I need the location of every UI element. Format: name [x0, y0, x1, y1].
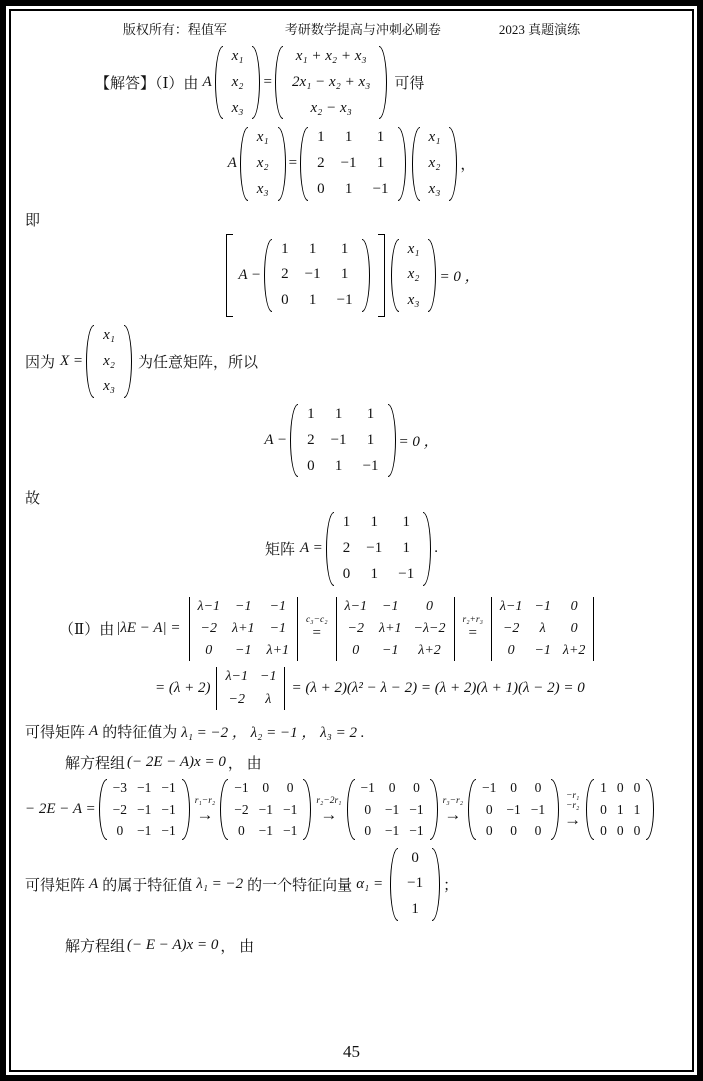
text-because: 因为 [25, 351, 55, 372]
paren-left [391, 239, 399, 312]
paren-right [388, 404, 396, 477]
r2-cells: −1000−1−10−1−1 [356, 777, 429, 842]
row-op-arrow-1: r₁−r₂ → [195, 797, 215, 822]
matrix-r3: −1000−1−1000 [468, 777, 559, 842]
paren-right [423, 512, 431, 585]
row-op-arrow-2: r₂−2r₁ → [316, 797, 341, 822]
matrix-r0: −3−1−1−2−1−10−1−1 [99, 777, 190, 842]
matrix-alpha1-vector: 0−11 [390, 846, 440, 923]
equals-sign: = [289, 155, 297, 172]
var-X-equals: X = [60, 353, 83, 370]
text-by: ， 由 [220, 935, 254, 956]
matrix-x-vector: x₁x₂x₃ [86, 323, 132, 400]
equals-sign: = [313, 626, 321, 641]
text-arbitrary-matrix: 为任意矩阵，所以 [138, 351, 258, 372]
eigenvalue-1: λ₁ = −2 [196, 876, 243, 893]
equation-2: A x₁x₂x₃ = 1112−1101−1 x₁x₂x₃ ， [25, 125, 678, 202]
paren-left [586, 779, 594, 840]
bracket-group: A − 1112−1101−1 [226, 232, 384, 319]
text-eigenvalues-are: 的特征值为 [102, 721, 177, 742]
chain-lead: − 2E − A = [25, 801, 96, 818]
det-bar-left [336, 597, 337, 662]
paren-right [278, 127, 286, 200]
det-bar-left [491, 597, 492, 662]
page-number: 45 [11, 1042, 692, 1062]
system-1-expr: (− 2E − A)x = 0 [127, 754, 226, 771]
x-vector-cells: x₁x₂x₃ [249, 125, 277, 202]
paren-right [124, 325, 132, 398]
eigenvalue-list: λ₁ = −2 ， λ₂ = −1 ， λ₃ = 2 . [181, 721, 364, 742]
rhs-vector-cells: x₁ + x₂ + x₃2x₁ − x₂ + x₃x₂ − x₃ [284, 44, 378, 121]
text-kede-matrix: 可得矩阵 [25, 874, 85, 895]
A-matrix-cells: 1112−1101−1 [273, 237, 360, 314]
expr-A-minus: A − [264, 432, 287, 449]
paren-right [252, 46, 260, 119]
text-ji: 即 [25, 209, 678, 230]
determinant-2x2: λ−1−1−2λ [213, 666, 288, 711]
matrix-x-vector: x₁x₂x₃ [412, 125, 458, 202]
eigenvector-1-line: 可得矩阵 A 的属于特征值 λ₁ = −2 的一个特征向量 α₁ = 0−11 … [25, 846, 678, 923]
determinant-3: λ−1−10−2λ00−1λ+2 [488, 596, 597, 663]
alpha1-equals: α₁ = [356, 876, 383, 893]
document-page: 版权所有：程值军 考研数学提高与冲刺必刷卷 2023 真题演练 【解答】（Ⅰ）由… [0, 0, 703, 1081]
det-bar-left [216, 667, 217, 710]
r4-cells: 100011000 [595, 777, 645, 842]
text-by: ， 由 [228, 752, 262, 773]
paren-left [264, 239, 272, 312]
x-vector-cells: x₁x₂x₃ [95, 323, 123, 400]
header-title: 考研数学提高与冲刺必刷卷 [285, 19, 441, 38]
paren-right [303, 779, 311, 840]
var-A: A [228, 155, 237, 172]
solution-line-1: 【解答】（Ⅰ）由 A x₁x₂x₃ = x₁ + x₂ + x₃2x₁ − x₂… [25, 44, 678, 121]
paren-left [412, 127, 420, 200]
paren-left [275, 46, 283, 119]
equals-sign: = [468, 626, 476, 641]
solution-label: 【解答】（Ⅰ）由 [95, 72, 198, 93]
det2-cells: λ−1−10−2λ+1−λ−20−1λ+2 [339, 596, 452, 663]
paren-left [347, 779, 355, 840]
paren-left [300, 127, 308, 200]
matrix-x-vector: x₁x₂x₃ [240, 125, 286, 202]
determinant-1: λ−1−1−1−2λ+1−10−1λ+1 [186, 596, 302, 663]
matrix-x-vector: x₁x₂x₃ [391, 237, 437, 314]
row-op-arrow-4: −r₁ −r₂ → [564, 792, 581, 827]
factor-result: = (λ + 2)(λ² − λ − 2) = (λ + 2)(λ + 1)(λ… [291, 680, 584, 697]
bracket-right [378, 234, 385, 317]
period: . [434, 540, 438, 557]
system-2-expr: (− E − A)x = 0 [127, 937, 218, 954]
det4-cells: λ−1−1−2λ [219, 666, 282, 711]
header-copyright: 版权所有：程值军 [123, 19, 227, 38]
factorization-line: = (λ + 2) λ−1−1−2λ = (λ + 2)(λ² − λ − 2)… [25, 666, 678, 711]
paren-left [290, 404, 298, 477]
x-vector-cells: x₁x₂x₃ [224, 44, 252, 121]
det-bar-right [297, 597, 298, 662]
det1-cells: λ−1−1−1−2λ+1−10−1λ+1 [192, 596, 296, 663]
text-belongs-to-eigenvalue: 的属于特征值 [102, 874, 192, 895]
bracket-left [226, 234, 233, 317]
part2-label: （Ⅱ）由 [59, 618, 114, 639]
row-op-arrow-3: r₃−r₂ → [443, 797, 463, 822]
det3-cells: λ−1−10−2λ00−1λ+2 [494, 596, 591, 663]
solve-system-1-line: 解方程组 (− 2E − A)x = 0 ， 由 [25, 752, 678, 773]
det-bar-right [454, 597, 455, 662]
equation-8: 矩阵 A = 1112−1101−1 . [25, 510, 678, 587]
bracket-content: A − 1112−1101−1 [235, 232, 375, 319]
determinant-2: λ−1−10−2λ+1−λ−20−1λ+2 [333, 596, 458, 663]
expr-A-minus: A − [238, 267, 261, 284]
char-poly-lhs: |λE − A| = [116, 620, 180, 637]
paren-left [326, 512, 334, 585]
matrix-A-values: 1112−1101−1 [326, 510, 431, 587]
equation-6: A − 1112−1101−1 = 0 ， [25, 402, 678, 479]
paren-right [551, 779, 559, 840]
paren-right [428, 239, 436, 312]
equation-4: A − 1112−1101−1 x₁x₂x₃ = 0 ， [25, 232, 678, 319]
text-solve-system: 解方程组 [65, 752, 125, 773]
equals-zero: = 0 ， [439, 265, 479, 286]
page-header: 版权所有：程值军 考研数学提高与冲刺必刷卷 2023 真题演练 [25, 19, 678, 38]
labeled-equals-c3-c2: c₃−c₂ = [306, 616, 327, 641]
det-bar-right [284, 667, 285, 710]
paren-left [86, 325, 94, 398]
labeled-equals-r2-r3: r₂+r₃ = [463, 616, 483, 641]
A-matrix-cells: 1112−1101−1 [309, 125, 396, 202]
det-bar-right [593, 597, 594, 662]
r3-cells: −1000−1−1000 [477, 777, 550, 842]
paren-right [379, 46, 387, 119]
row-reduction-chain: − 2E − A = −3−1−1−2−1−10−1−1 r₁−r₂ → −10… [25, 777, 678, 842]
paren-right [432, 848, 440, 921]
matrix-rhs-vector: x₁ + x₂ + x₃2x₁ − x₂ + x₃x₂ − x₃ [275, 44, 387, 121]
text-an-eigenvector: 的一个特征向量 [247, 874, 352, 895]
paren-left [390, 848, 398, 921]
arrow-icon: → [320, 807, 337, 822]
paren-left [215, 46, 223, 119]
paren-left [99, 779, 107, 840]
line-because-X: 因为 X = x₁x₂x₃ 为任意矩阵，所以 [25, 323, 678, 400]
arrow-icon: → [444, 807, 461, 822]
r0-cells: −3−1−1−2−1−10−1−1 [108, 777, 181, 842]
matrix-x-vector: x₁x₂x₃ [215, 44, 261, 121]
var-A-equals: A = [300, 540, 323, 557]
equals-sign: = [263, 74, 271, 91]
factor-lead: = (λ + 2) [155, 680, 210, 697]
paren-right [398, 127, 406, 200]
paren-right [362, 239, 370, 312]
arrow-icon: → [196, 807, 213, 822]
paren-right [449, 127, 457, 200]
text-solve-system: 解方程组 [65, 935, 125, 956]
det-bar-left [189, 597, 190, 662]
matrix-A-values: 1112−1101−1 [300, 125, 405, 202]
text-gu-label: 故 [25, 491, 40, 507]
paren-right [646, 779, 654, 840]
var-A: A [89, 723, 98, 740]
page-inner-frame: 版权所有：程值军 考研数学提高与冲刺必刷卷 2023 真题演练 【解答】（Ⅰ）由… [9, 9, 694, 1072]
matrix-r1: −100−2−1−10−1−1 [220, 777, 311, 842]
equals-zero: = 0 ， [399, 430, 439, 451]
solve-system-2-line: 解方程组 (− E − A)x = 0 ， 由 [25, 935, 678, 956]
A-matrix-cells: 1112−1101−1 [299, 402, 386, 479]
matrix-A-values: 1112−1101−1 [290, 402, 395, 479]
text-gu: 故 [25, 487, 678, 508]
A-matrix-cells: 1112−1101−1 [335, 510, 422, 587]
text-kede: 可得 [394, 72, 424, 93]
matrix-r4: 100011000 [586, 777, 654, 842]
paren-right [182, 779, 190, 840]
text-ji-label: 即 [25, 213, 40, 229]
determinant-line: （Ⅱ）由 |λE − A| = λ−1−1−1−2λ+1−10−1λ+1 c₃−… [25, 596, 678, 663]
r1-cells: −100−2−1−10−1−1 [229, 777, 302, 842]
x-vector-cells: x₁x₂x₃ [400, 237, 428, 314]
semicolon: ； [443, 874, 458, 895]
text-kede-matrix: 可得矩阵 [25, 721, 85, 742]
x-vector-cells: x₁x₂x₃ [421, 125, 449, 202]
paren-left [468, 779, 476, 840]
var-A: A [89, 876, 98, 893]
paren-left [240, 127, 248, 200]
paren-right [430, 779, 438, 840]
comma: ， [460, 153, 475, 174]
alpha1-cells: 0−11 [399, 846, 431, 923]
matrix-r2: −1000−1−10−1−1 [347, 777, 438, 842]
matrix-A-values: 1112−1101−1 [264, 237, 369, 314]
arrow-icon: → [564, 812, 581, 827]
paren-left [220, 779, 228, 840]
text-matrix: 矩阵 [265, 538, 295, 559]
eigenvalues-line: 可得矩阵 A 的特征值为 λ₁ = −2 ， λ₂ = −1 ， λ₃ = 2 … [25, 721, 678, 742]
var-A: A [202, 74, 211, 91]
header-edition: 2023 真题演练 [499, 19, 580, 38]
